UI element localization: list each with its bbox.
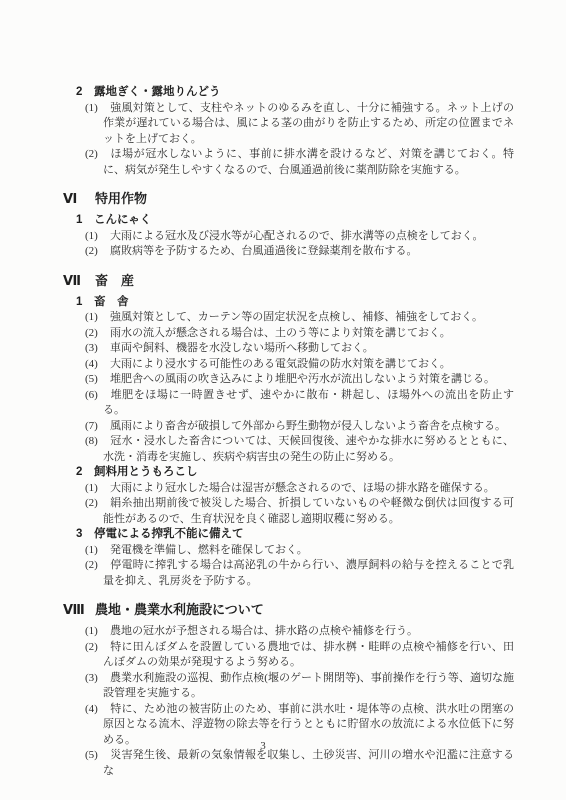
item-text: 大雨による冠水及び浸水等が心配されるので、排水溝等の点検をしておく。 xyxy=(110,230,484,242)
list-item: (1)農地の冠水が予想される場合は、排水路の点検や補修を行う。 xyxy=(85,624,514,640)
chapter-heading: Ⅵ特用作物 xyxy=(63,190,514,207)
subsection-title: 飼料用とうもろこし xyxy=(94,466,198,478)
document-content: 2露地ぎく・露地りんどう(1)強風対策として、支柱やネットのゆるみを直し、十分に… xyxy=(63,85,514,779)
list-item: (1)大雨により冠水した場合は湿害が懸念されるので、ほ場の排水路を確保する。 xyxy=(85,481,514,497)
list-item: (8)冠水・浸水した畜舎については、天候回復後、速やかな排水に努めるとともに、水… xyxy=(85,434,514,465)
subsection-heading: 2露地ぎく・露地りんどう xyxy=(76,85,514,101)
item-number: (1) xyxy=(85,101,110,117)
list-item: (2)雨水の流入が懸念される場合は、土のう等により対策を講じておく。 xyxy=(85,326,514,342)
item-number: (2) xyxy=(85,147,110,163)
list-item: (2)ほ場が冠水しないように、事前に排水溝を設けるなど、対策を講じておく。特に、… xyxy=(85,147,514,178)
list-item: (2)停電時に搾乳する場合は高泌乳の牛から行い、濃厚飼料の給与を控えることで乳量… xyxy=(85,558,514,589)
item-number: (3) xyxy=(85,341,110,357)
document-page: 2露地ぎく・露地りんどう(1)強風対策として、支柱やネットのゆるみを直し、十分に… xyxy=(0,0,566,800)
item-text: 特に田んぼダムを設置している農地では、排水桝・畦畔の点検や補修を行い、田んぼダム… xyxy=(103,641,514,669)
subsection-title: こんにゃく xyxy=(94,214,151,226)
list-item: (2)腐敗病等を予防するため、台風通過後に登録薬剤を散布する。 xyxy=(85,244,514,260)
chapter-heading: Ⅶ畜 産 xyxy=(63,272,514,289)
list-item: (1)発電機を準備し、燃料を確保しておく。 xyxy=(85,543,514,559)
subsection-number: 2 xyxy=(76,465,94,481)
item-text: 強風対策として、支柱やネットのゆるみを直し、十分に補強する。ネット上げの作業が遅… xyxy=(103,102,514,145)
chapter-title: 農地・農業水利施設について xyxy=(95,602,264,617)
subsection-number: 3 xyxy=(76,527,94,543)
item-number: (8) xyxy=(85,434,110,450)
item-number: (5) xyxy=(85,372,110,388)
item-text: 停電時に搾乳する場合は高泌乳の牛から行い、濃厚飼料の給与を控えることで乳量を抑え… xyxy=(103,559,514,587)
subsection-title: 露地ぎく・露地りんどう xyxy=(94,86,221,98)
subsection-heading: 3停電による搾乳不能に備えて xyxy=(76,527,514,543)
item-number: (6) xyxy=(85,388,110,404)
chapter-numeral: Ⅷ xyxy=(63,601,95,618)
item-number: (2) xyxy=(85,496,110,512)
list-item: (3)農業水利施設の巡視、動作点検(堰のゲート開閉等)、事前操作を行う等、適切な… xyxy=(85,671,514,702)
item-number: (1) xyxy=(85,543,110,559)
chapter-heading: Ⅷ農地・農業水利施設について xyxy=(63,601,514,618)
chapter-title: 畜 産 xyxy=(95,273,134,288)
list-item: (1)強風対策として、支柱やネットのゆるみを直し、十分に補強する。ネット上げの作… xyxy=(85,101,514,148)
item-number: (2) xyxy=(85,326,110,342)
item-text: 冠水・浸水した畜舎については、天候回復後、速やかな排水に努めるとともに、水洗・消… xyxy=(103,435,514,463)
item-number: (2) xyxy=(85,640,110,656)
item-text: 腐敗病等を予防するため、台風通過後に登録薬剤を散布する。 xyxy=(110,245,418,257)
item-text: 車両や飼料、機器を水没しない場所へ移動しておく。 xyxy=(110,342,374,354)
subsection-number: 2 xyxy=(76,85,94,101)
list-item: (1)大雨による冠水及び浸水等が心配されるので、排水溝等の点検をしておく。 xyxy=(85,229,514,245)
list-item: (3)車両や飼料、機器を水没しない場所へ移動しておく。 xyxy=(85,341,514,357)
item-number: (4) xyxy=(85,702,110,718)
item-text: 堆肥をほ場に一時置きせず、速やかに散布・耕起し、ほ場外への流出を防止する。 xyxy=(103,389,514,417)
item-number: (1) xyxy=(85,229,110,245)
chapter-title: 特用作物 xyxy=(95,191,147,206)
subsection-title: 停電による搾乳不能に備えて xyxy=(94,528,244,540)
list-item: (4)大雨により浸水する可能性のある電気設備の防水対策を講じておく。 xyxy=(85,357,514,373)
chapter-numeral: Ⅶ xyxy=(63,272,95,289)
item-text: 農業水利施設の巡視、動作点検(堰のゲート開閉等)、事前操作を行う等、適切な施設管… xyxy=(103,672,514,700)
list-item: (5)堆肥舎への風雨の吹き込みにより堆肥や汚水が流出しないよう対策を講じる。 xyxy=(85,372,514,388)
list-item: (2)絹糸抽出期前後で被災した場合、折損していないものや軽微な倒伏は回復する可能… xyxy=(85,496,514,527)
item-text: 強風対策として、カーテン等の固定状況を点検し、補修、補強をしておく。 xyxy=(110,311,483,323)
list-item: (2)特に田んぼダムを設置している農地では、排水桝・畦畔の点検や補修を行い、田ん… xyxy=(85,640,514,671)
subsection-title: 畜 舎 xyxy=(94,296,129,308)
list-item: (6)堆肥をほ場に一時置きせず、速やかに散布・耕起し、ほ場外への流出を防止する。 xyxy=(85,388,514,419)
item-text: 雨水の流入が懸念される場合は、土のう等により対策を講じておく。 xyxy=(110,327,451,339)
item-number: (1) xyxy=(85,481,110,497)
item-number: (1) xyxy=(85,310,110,326)
item-text: 絹糸抽出期前後で被災した場合、折損していないものや軽微な倒伏は回復する可能性があ… xyxy=(103,497,514,525)
item-text: 発電機を準備し、燃料を確保しておく。 xyxy=(110,544,308,556)
subsection-number: 1 xyxy=(76,295,94,311)
item-text: ほ場が冠水しないように、事前に排水溝を設けるなど、対策を講じておく。特に、病気が… xyxy=(103,148,514,176)
subsection-heading: 2飼料用とうもろこし xyxy=(76,465,514,481)
subsection-number: 1 xyxy=(76,213,94,229)
page-number: 3 xyxy=(0,739,526,755)
item-text: 風雨により畜舎が破損して外部から野生動物が侵入しないよう畜舎を点検する。 xyxy=(110,420,506,432)
item-text: 農地の冠水が予想される場合は、排水路の点検や補修を行う。 xyxy=(110,625,418,637)
subsection-heading: 1畜 舎 xyxy=(76,295,514,311)
item-text: 堆肥舎への風雨の吹き込みにより堆肥や汚水が流出しないよう対策を講じる。 xyxy=(110,373,495,385)
item-number: (1) xyxy=(85,624,110,640)
item-number: (7) xyxy=(85,419,110,435)
chapter-numeral: Ⅵ xyxy=(63,190,95,207)
list-item: (7)風雨により畜舎が破損して外部から野生動物が侵入しないよう畜舎を点検する。 xyxy=(85,419,514,435)
subsection-heading: 1こんにゃく xyxy=(76,213,514,229)
item-number: (3) xyxy=(85,671,110,687)
item-text: 大雨により浸水する可能性のある電気設備の防水対策を講じておく。 xyxy=(110,358,451,370)
item-text: 大雨により冠水した場合は湿害が懸念されるので、ほ場の排水路を確保する。 xyxy=(110,482,495,494)
item-number: (4) xyxy=(85,357,110,373)
list-item: (1)強風対策として、カーテン等の固定状況を点検し、補修、補強をしておく。 xyxy=(85,310,514,326)
item-number: (2) xyxy=(85,558,110,574)
item-number: (2) xyxy=(85,244,110,260)
